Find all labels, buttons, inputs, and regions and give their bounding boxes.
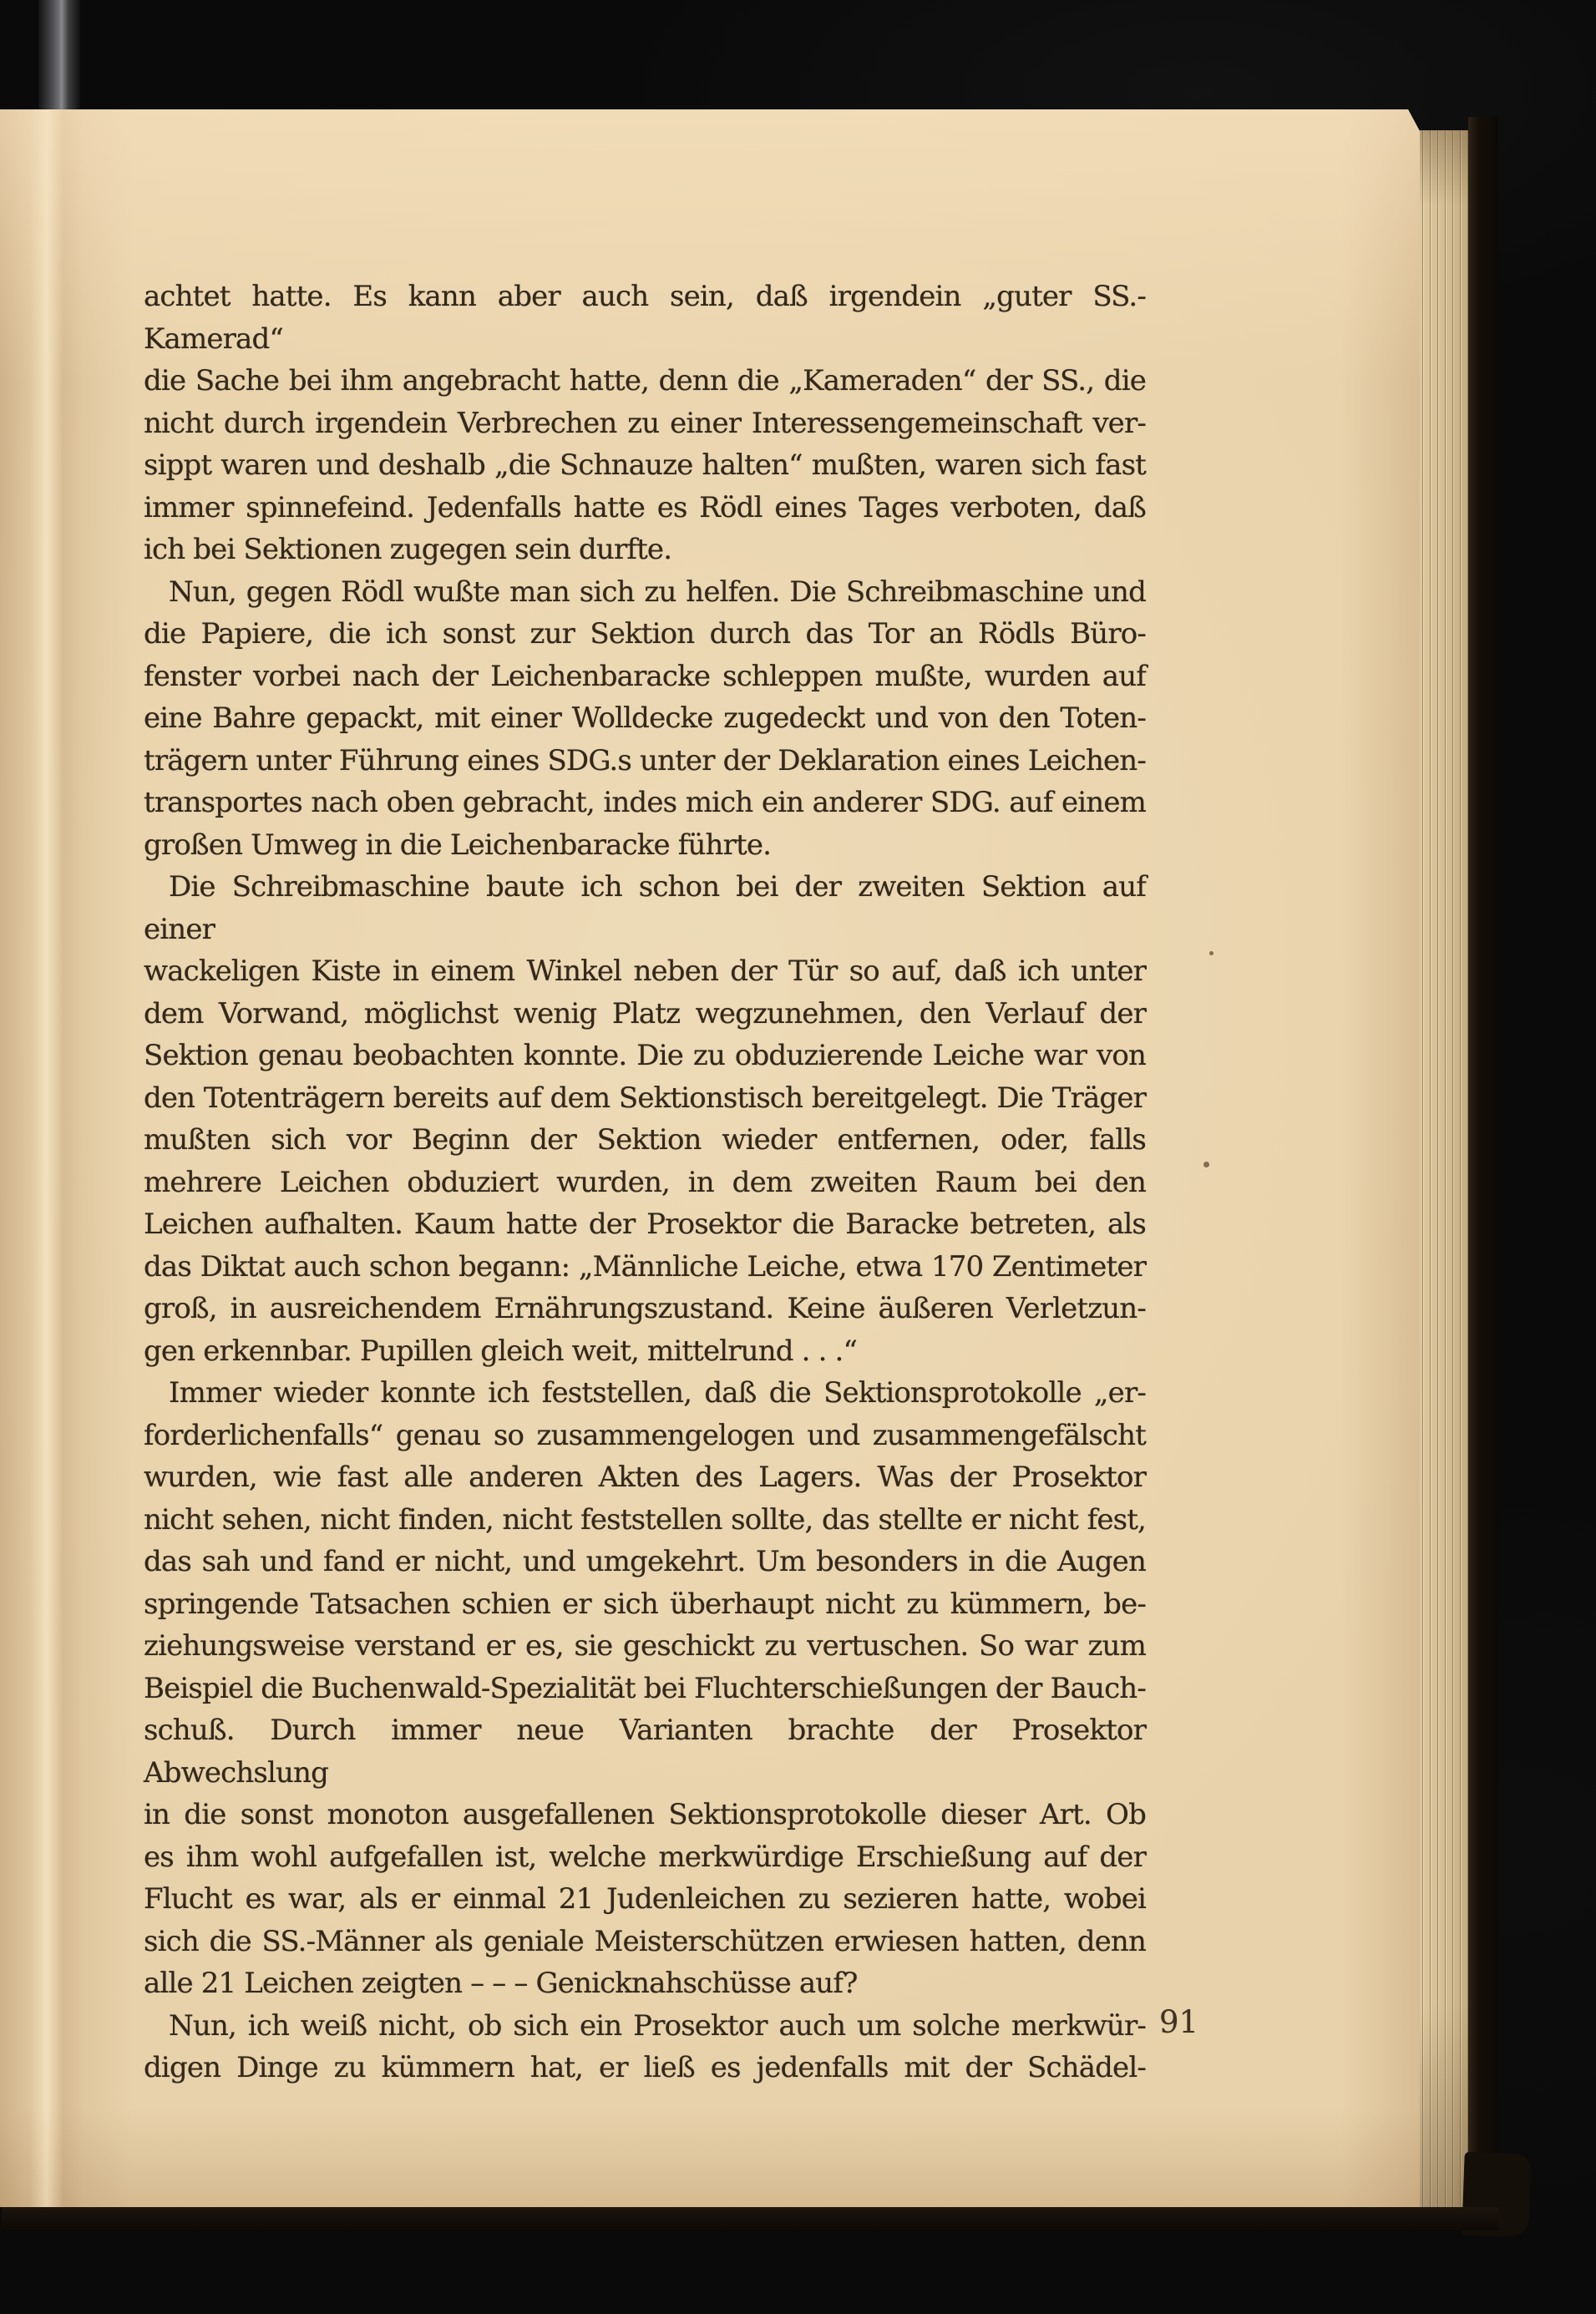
text-line: die Sache bei ihm angebracht hatte, denn… [144, 360, 1146, 403]
text-line: sippt waren und deshalb „die Schnauze ha… [144, 444, 1146, 487]
text-line: gen erkennbar. Pupillen gleich weit, mit… [144, 1330, 1146, 1373]
scan-speck [1209, 951, 1213, 955]
text-line: ziehungsweise verstand er es, sie geschi… [144, 1625, 1146, 1668]
text-line: großen Umweg in die Leichenbaracke führt… [144, 824, 1146, 867]
book-cover-bottom-edge [2, 2207, 1498, 2230]
page-number: 91 [1159, 2004, 1198, 2040]
text-line: dem Vorwand, möglichst wenig Platz wegzu… [144, 993, 1146, 1035]
scan-speck [1203, 1162, 1209, 1167]
book-cover-right-edge [1468, 117, 1498, 2228]
text-line: alle 21 Leichen zeigten – – – Genicknahs… [144, 1962, 1146, 2005]
text-line: Die Schreibmaschine baute ich schon bei … [144, 866, 1146, 950]
text-line: nicht durch irgendein Verbrechen zu eine… [144, 403, 1146, 445]
text-line: trägern unter Führung eines SDG.s unter … [144, 740, 1146, 782]
text-line: mehrere Leichen obduziert wurden, in dem… [144, 1162, 1146, 1204]
text-line: transportes nach oben gebracht, indes mi… [144, 782, 1146, 824]
text-line: forderlichenfalls“ genau so zusammengelo… [144, 1415, 1146, 1457]
text-line: digen Dinge zu kümmern hat, er ließ es j… [144, 2047, 1146, 2089]
text-line: mußten sich vor Beginn der Sektion wiede… [144, 1119, 1146, 1162]
text-line: Leichen aufhalten. Kaum hatte der Prosek… [144, 1203, 1146, 1246]
scan-background: { "scan": { "background_color": "#0a0a0a… [0, 0, 1596, 2314]
text-block: achtet hatte. Es kann aber auch sein, da… [144, 276, 1146, 2089]
text-line: nicht sehen, nicht finden, nicht festste… [144, 1499, 1146, 1542]
text-line: das Diktat auch schon begann: „Männliche… [144, 1246, 1146, 1289]
text-line: Nun, gegen Rödl wußte man sich zu helfen… [144, 571, 1146, 614]
text-line: ich bei Sektionen zugegen sein durfte. [144, 529, 1146, 571]
text-line: das sah und fand er nicht, und umgekehrt… [144, 1541, 1146, 1583]
text-line: die Papiere, die ich sonst zur Sektion d… [144, 613, 1146, 656]
text-line: wurden, wie fast alle anderen Akten des … [144, 1456, 1146, 1499]
text-line: in die sonst monoton ausgefallenen Sekti… [144, 1794, 1146, 1836]
text-line: es ihm wohl aufgefallen ist, welche merk… [144, 1836, 1146, 1879]
text-line: springende Tatsachen schien er sich über… [144, 1583, 1146, 1626]
text-line: Nun, ich weiß nicht, ob sich ein Prosekt… [144, 2005, 1146, 2048]
text-line: wackeligen Kiste in einem Winkel neben d… [144, 950, 1146, 993]
text-line: den Totenträgern bereits auf dem Sektion… [144, 1077, 1146, 1120]
text-line: Beispiel die Buchenwald-Spezialität bei … [144, 1668, 1146, 1710]
page-fore-edge-stack [1420, 130, 1468, 2213]
book-spine-edge [38, 0, 80, 112]
text-line: Flucht es war, als er einmal 21 Judenlei… [144, 1878, 1146, 1921]
text-line: sich die SS.-Männer als geniale Meisters… [144, 1921, 1146, 1963]
text-line: immer spinnefeind. Jedenfalls hatte es R… [144, 487, 1146, 529]
text-line: achtet hatte. Es kann aber auch sein, da… [144, 276, 1146, 360]
text-line: fenster vorbei nach der Leichenbaracke s… [144, 656, 1146, 698]
text-line: Sektion genau beobachten konnte. Die zu … [144, 1035, 1146, 1077]
text-line: schuß. Durch immer neue Varianten bracht… [144, 1709, 1146, 1794]
text-line: eine Bahre gepackt, mit einer Wolldecke … [144, 697, 1146, 740]
text-line: groß, in ausreichendem Ernährungszustand… [144, 1288, 1146, 1330]
text-line: Immer wieder konnte ich feststellen, daß… [144, 1372, 1146, 1415]
